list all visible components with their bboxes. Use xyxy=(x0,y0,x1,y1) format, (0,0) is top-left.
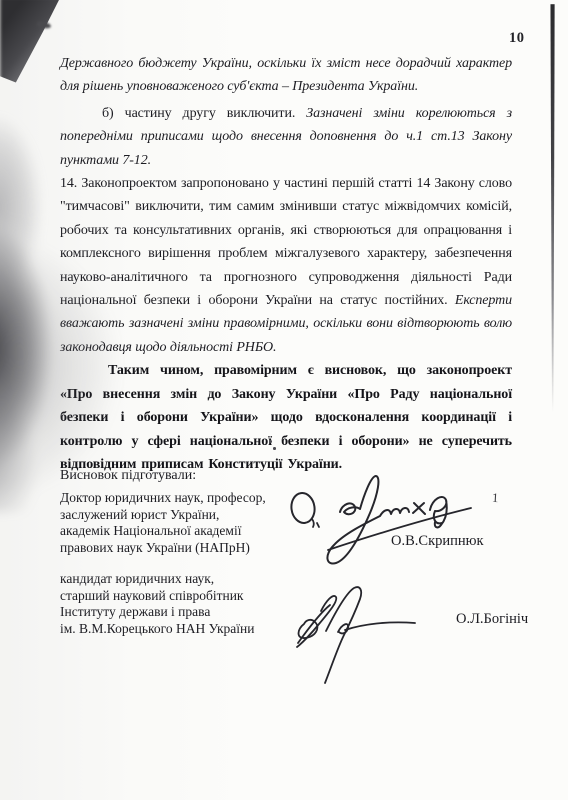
signature-skrypniuk xyxy=(278,467,488,572)
page-number: 10 xyxy=(509,30,525,47)
signatory-2-name: О.Л.Богініч xyxy=(456,611,528,628)
scan-line-right-edge xyxy=(550,4,555,412)
scan-speck xyxy=(269,440,272,443)
conclusion-prepared-by-heading: Висновок підготували: xyxy=(60,468,196,484)
scanned-document-page: 10 Державного бюджету України, оскільки … xyxy=(0,0,568,800)
paragraph-conclusion: Таким чином, правомірним є висновок, що … xyxy=(60,359,512,476)
paragraph-budget-remark-text: Державного бюджету України, оскільки їх … xyxy=(60,56,512,94)
paragraph-part-two-lead: б) частину другу виключити. xyxy=(102,106,306,121)
paragraph-point-14: 14. Законопроектом запропоновано у части… xyxy=(60,172,512,359)
margin-pencil-mark: 1 xyxy=(492,490,499,506)
paragraph-conclusion-text: Таким чином, правомірним є висновок, що … xyxy=(60,363,512,472)
paragraph-part-two-exclusion: б) частину другу виключити. Зазначені зм… xyxy=(60,102,512,172)
scan-shadow-hook xyxy=(37,21,52,30)
signatory-1-credentials: Доктор юридичних наук, професор, заслуже… xyxy=(60,490,310,556)
document-body: Державного бюджету України, оскільки їх … xyxy=(60,52,512,476)
signature-bohinich xyxy=(288,577,418,692)
paragraph-point-14-lead: 14. Законопроектом запропоновано у части… xyxy=(60,176,512,308)
paragraph-budget-remark: Державного бюджету України, оскільки їх … xyxy=(60,52,512,99)
scan-speck xyxy=(273,447,276,450)
signatory-2-credentials: кандидат юридичних наук, старший наукови… xyxy=(60,571,310,637)
